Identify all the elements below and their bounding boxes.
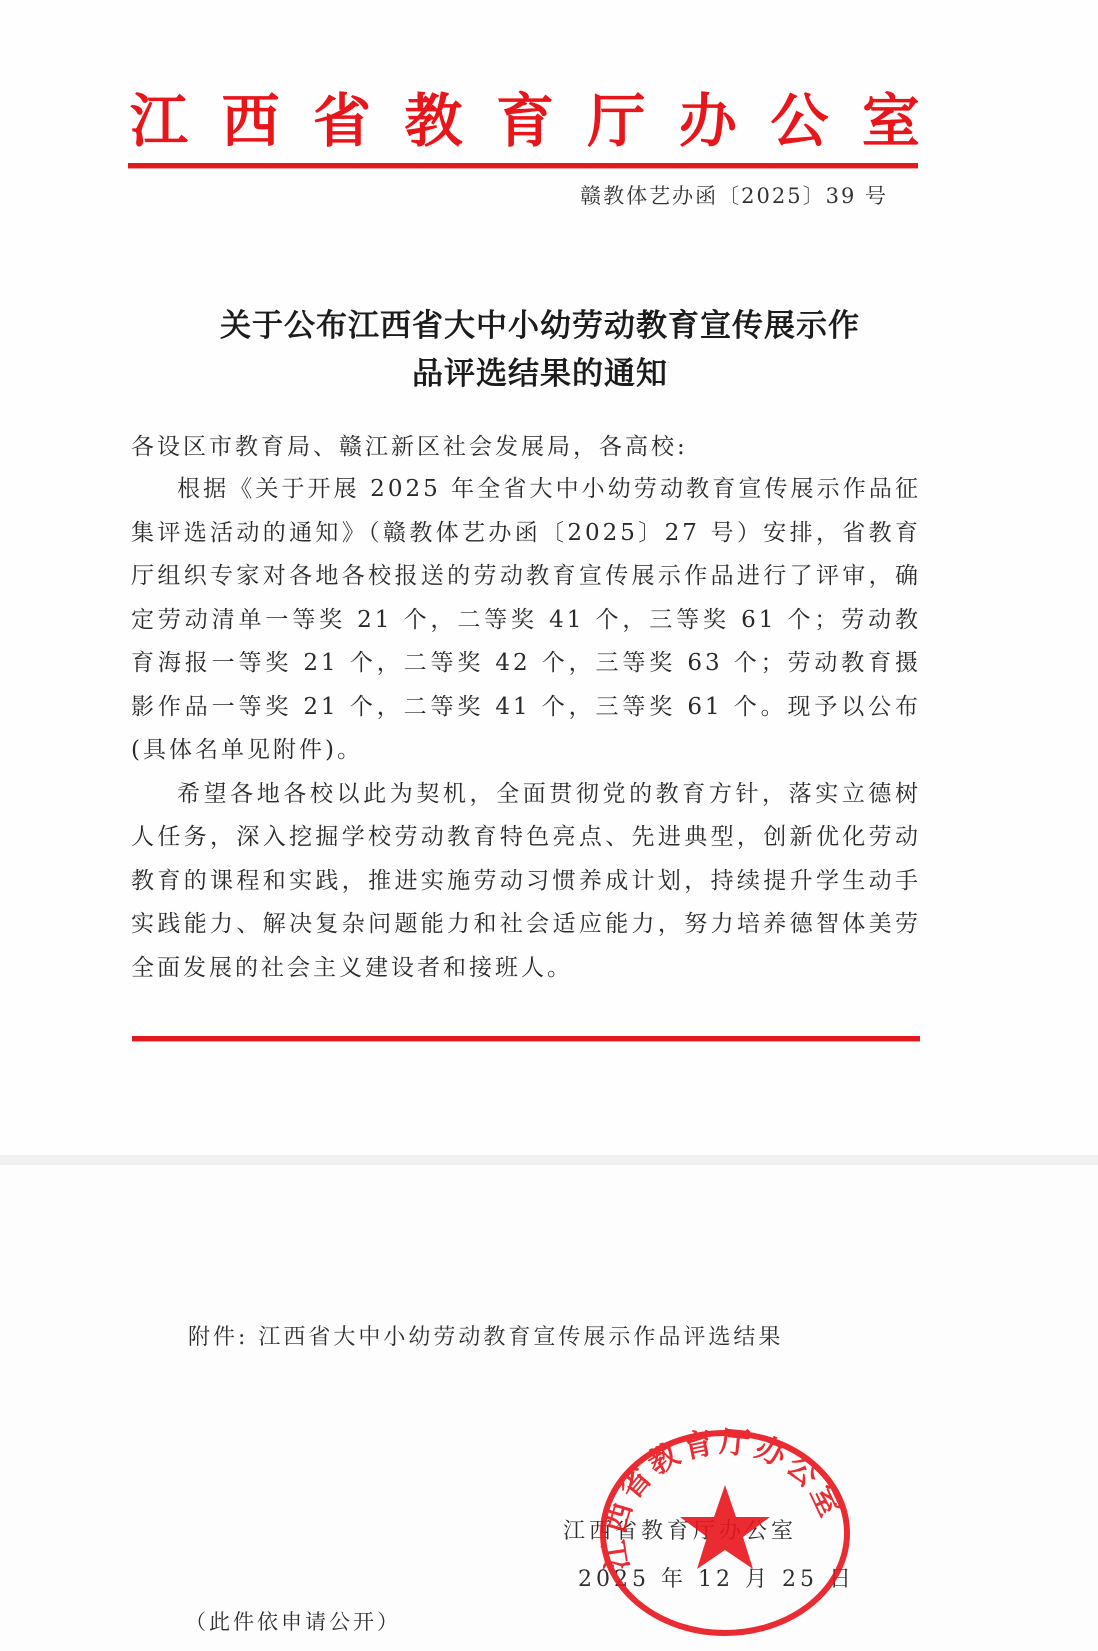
header-divider (128, 163, 918, 168)
disclosure-footnote: （此件依申请公开） (185, 1606, 401, 1636)
masthead-char: 公 (770, 88, 828, 154)
masthead-char: 西 (221, 88, 279, 154)
document-page-1: 江 西 省 教 育 厅 办 公 室 赣教体艺办函〔2025〕39 号 关于公布江… (0, 0, 1098, 1155)
issuer-masthead: 江 西 省 教 育 厅 办 公 室 (130, 88, 920, 154)
salutation: 各设区市教育局、赣江新区社会发展局，各高校: (131, 428, 688, 461)
attachment-note: 附件: 江西省大中小幼劳动教育宣传展示作品评选结果 (188, 1320, 783, 1351)
masthead-char: 厅 (587, 88, 645, 154)
document-title: 关于公布江西省大中小幼劳动教育宣传展示作 品评选结果的通知 (140, 302, 940, 398)
masthead-char: 省 (313, 88, 371, 154)
footer-divider (132, 1036, 920, 1041)
document-number: 赣教体艺办函〔2025〕39 号 (580, 180, 888, 210)
masthead-char: 育 (496, 88, 554, 154)
masthead-char: 办 (679, 88, 737, 154)
masthead-char: 室 (862, 88, 920, 154)
body-paragraph: 希望各地各校以此为契机，全面贯彻党的教育方针，落实立德树人任务，深入挖掘学校劳动… (131, 773, 921, 991)
title-line-2: 品评选结果的通知 (140, 350, 940, 398)
title-line-1: 关于公布江西省大中小幼劳动教育宣传展示作 (140, 302, 940, 350)
star-icon (680, 1485, 770, 1569)
page-separator (0, 1155, 1098, 1165)
document-page-2 (0, 1165, 1098, 1651)
official-seal: 江西省教育厅办公室 (595, 1425, 855, 1640)
document-body: 根据《关于开展 2025 年全省大中小幼劳动教育宣传展示作品征集评选活动的通知》… (131, 468, 921, 990)
masthead-char: 江 (130, 88, 188, 154)
body-paragraph: 根据《关于开展 2025 年全省大中小幼劳动教育宣传展示作品征集评选活动的通知》… (131, 468, 921, 773)
masthead-char: 教 (404, 88, 462, 154)
